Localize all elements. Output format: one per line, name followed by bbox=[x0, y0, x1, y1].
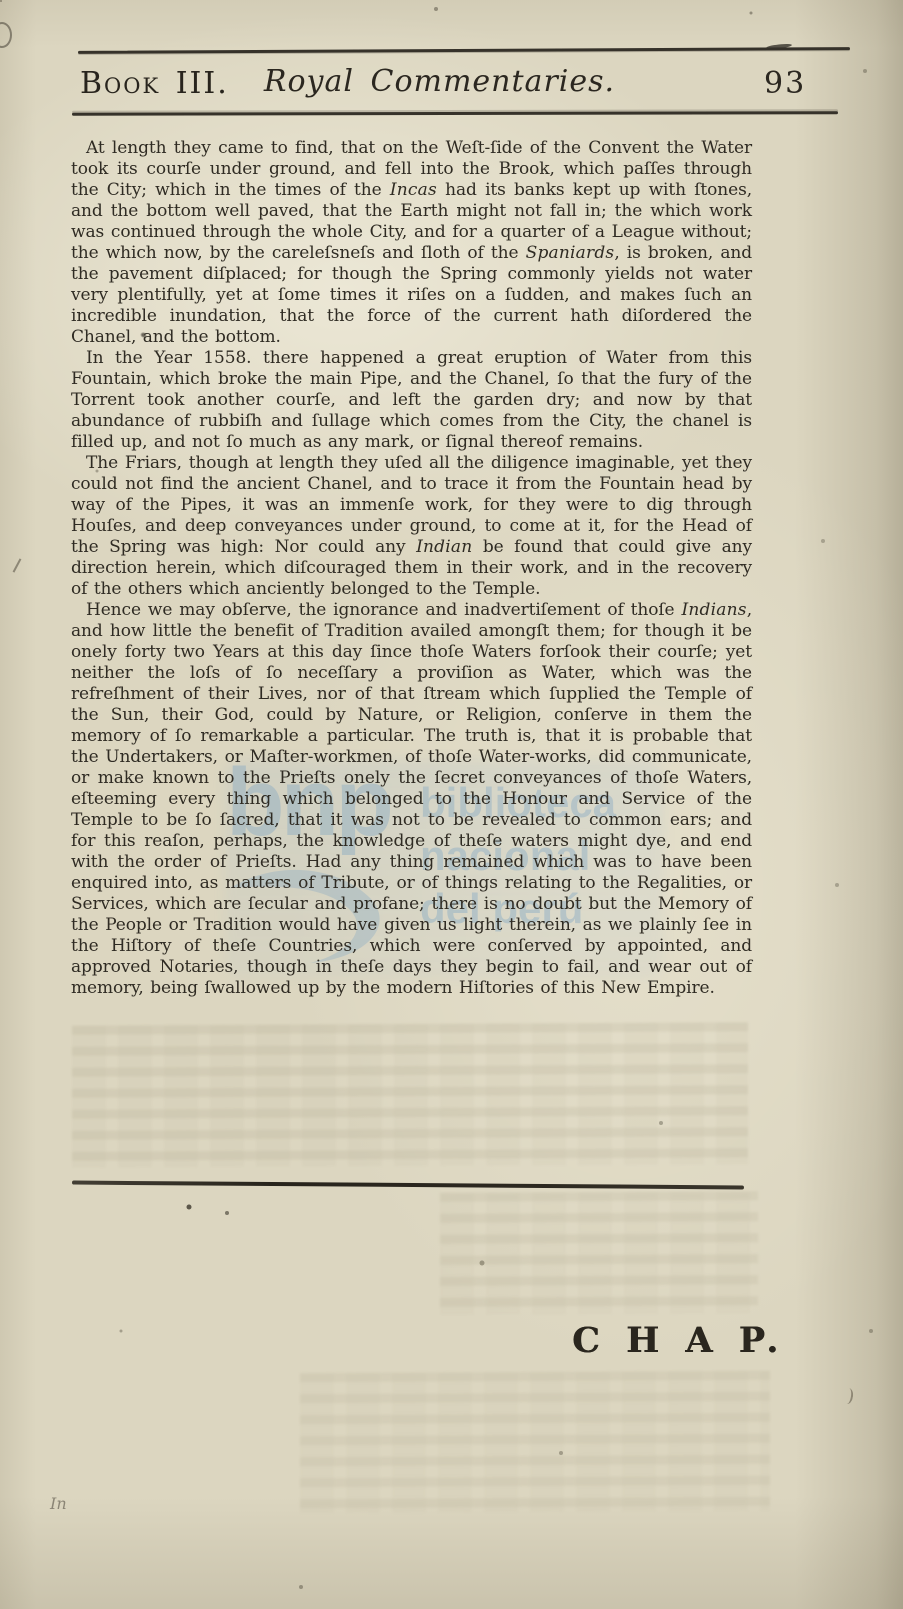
show-through-text bbox=[300, 1371, 770, 1513]
page-title: Royal Commentaries. bbox=[0, 64, 891, 99]
header-rule-bottom bbox=[72, 111, 838, 116]
paragraph: In the Year 1558. there happened a great… bbox=[71, 348, 752, 453]
paragraph: The Friars, though at length they uſed a… bbox=[71, 453, 752, 600]
book-page-scan: Book III. Royal Commentaries. 93 bnp bib… bbox=[0, 0, 903, 1609]
margin-slash-mark bbox=[13, 558, 22, 572]
paragraph: Hence we may obſerve, the ignorance and … bbox=[71, 600, 752, 999]
section-divider-rule bbox=[72, 1181, 744, 1190]
chapter-heading: C H A P. bbox=[572, 1320, 785, 1361]
show-through-text bbox=[440, 1191, 758, 1315]
margin-paren-mark bbox=[842, 1387, 854, 1404]
header-rule-top bbox=[78, 47, 850, 54]
page-number: 93 bbox=[764, 66, 806, 101]
show-through-text bbox=[72, 1022, 748, 1168]
paper-specks bbox=[0, 0, 2, 2]
paragraph: At length they came to find, that on the… bbox=[71, 138, 752, 348]
left-edge-mark bbox=[0, 22, 12, 48]
body-text: At length they came to find, that on the… bbox=[71, 138, 752, 999]
stray-ink-mark: In bbox=[50, 1494, 67, 1513]
